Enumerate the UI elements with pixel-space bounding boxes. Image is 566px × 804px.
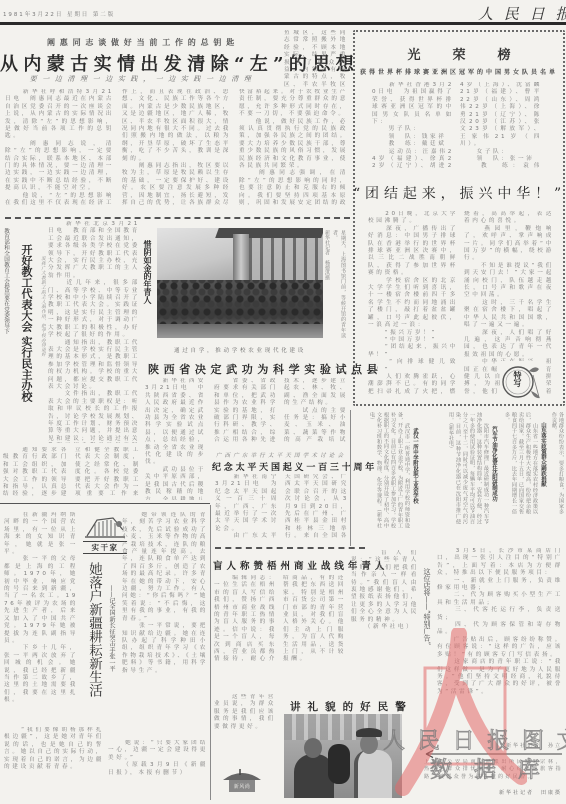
masthead: 人民日报 — [478, 3, 566, 24]
article-body: 她说：“只要大家团结一心，边疆一定会建设得更美好。” （原载3月9日《新疆日报》… — [108, 740, 208, 800]
article-body: “我们要像胡杨那样扎根边疆”，这是她对青年们说的话，也是她自己的誓言。她以自己的… — [4, 727, 104, 800]
photo-person-left-head — [304, 738, 322, 758]
brief-body: 沈阳市汽车修理厂最近研制成功一种汽车节油净化器。这种装置结构简单，安装方便，经过… — [421, 412, 489, 524]
doer-column-label: 实干家 — [83, 541, 127, 554]
doer-column-logo: 实干家 — [83, 516, 127, 554]
column-rule — [210, 505, 211, 800]
article-headline: 陕西省决定武功为科学实验试点县 — [148, 361, 348, 377]
article-body: 在新疆玛纳斯河畔的一个国营农场里，有一位从上海来的女知识青年，她就是张一平。 张… — [4, 512, 78, 725]
article-body-top: 鱼城区，这些同志常常照搬外地经验，不顾本地实际，结果严重损害了群众利益。内蒙古有… — [284, 30, 348, 88]
article-subhead: 要一边清理一边实践，一边实践一边清理 — [0, 74, 286, 84]
article-headline: 开好教工代表大会 实行民主办校 — [18, 244, 34, 444]
article-sidehead: 教育部和全国教育工会提出要在党委领导下 — [2, 228, 10, 358]
pagoda-roof-icon — [221, 768, 263, 794]
article-subhead: 发挥广大教职工的主人翁作用，把学校办得更好 — [38, 256, 46, 376]
brief-headline: 汽车节油净化器在沈阳研制成功 — [490, 426, 498, 516]
article-body-tail: 通知要求各级教育行政部门和工会组织，加强对教职工代表大会工作的领导和指导，认真总… — [3, 447, 141, 501]
photo-policeman-head — [360, 734, 378, 754]
article-body-right: 省委、省政府要求有关部门和单位，把武功县作为农业科学实验的基地，打破部门界限，实… — [214, 378, 348, 446]
article-body-left: 新华社西安3月21日电 中共陕西省委、省人民政府最近作出决定，确定武功县为全省农… — [145, 378, 206, 500]
brief-body: 山东省一些地方在落实农村经济政策以后，群众生产积极性大大提高，纷纷把余粮卖给国家… — [499, 412, 538, 514]
library-queue-photo — [157, 228, 323, 338]
article-body: 新华社呼和浩特3月21日电 阐惠同志最近在内蒙古自治区党委召开的一次座谈会上说，… — [5, 89, 348, 213]
photo-ground — [157, 324, 323, 338]
brief-headline: 山东落实政策群众踊跃捐献 — [539, 422, 547, 502]
honor-roll-body: 新华社香港3月20日电 为祖国赢得了荣誉、获得世界杯排球赛亚洲区冠军的中国男女队… — [372, 82, 542, 176]
article-headline: 她落户新疆耕耘新生活 — [86, 562, 104, 727]
photo-policeman-cap — [356, 728, 382, 737]
article-headline: 纪念太平天国起义一百三十周年 — [212, 460, 350, 473]
photo-policeman-body — [354, 750, 392, 798]
section-rule — [0, 503, 210, 504]
article-body: 新华社南宁3月21日电 为纪念太平天国起义一百三十周年，广西、广东最近举行了一次… — [215, 474, 349, 544]
article-kicker: 广西广东举行太平天国学术讨论会 — [212, 451, 350, 459]
photo-headline: 讲礼貌的好民警 — [290, 699, 408, 714]
article-body: 编辑同志：一位生活在梧州市的盲人写信给我们，赞扬广西梧州市商业战线的青年职工热情… — [214, 575, 346, 691]
civility-column-label: 新风尚 — [229, 783, 255, 790]
brief-body: 武汉市一所普通中学，利用学校的师资和设备，开办了职工业余学校，为附近工厂的青年职… — [353, 412, 410, 528]
column-rule — [350, 410, 351, 546]
brief-headline: 武汉一所中学附设职工业余学校 — [411, 428, 419, 512]
honor-roll-title: 光荣榜 — [353, 44, 565, 63]
article-body: 新华社北京3月21日电 教育部和全国教育工会最近联合发出通知，要求各级各类学校在… — [48, 221, 140, 443]
section-divider — [215, 547, 365, 549]
article-kicker: 阐惠同志谈做好当前工作的总钥匙 — [0, 37, 286, 48]
photo-roof — [215, 228, 323, 238]
honor-roll-subtitle: 获得世界杯排球赛亚洲区冠军的中国男女队员名单 — [353, 67, 565, 76]
feature-column-label: 特写 — [513, 371, 524, 387]
civility-column-logo: 新风尚 — [221, 768, 263, 794]
article-headline: 盲人称赞梧州商业战线年青人 — [213, 558, 349, 572]
section-divider — [5, 217, 350, 219]
photo-bicycle — [328, 744, 350, 784]
newspaper-page: 1981年3月22日 星期日 第二版 人民日报 阐惠同志谈做好当前工作的总钥匙 … — [0, 0, 566, 804]
photo-side-caption: 星期天，上海图书馆门前，等候开馆的青年读者。 新华社记者 杨德淇摄 — [325, 230, 347, 338]
photo-title: 惜阴如金的年青人 — [142, 240, 154, 326]
date-line: 1981年3月22日 星期日 第二版 — [3, 10, 115, 18]
photo-caption: 通过自学，推动学校农业现代化建设 — [157, 346, 323, 354]
unite-headline: “团结起来，振兴中华！” — [353, 183, 565, 203]
article-headline: 从内蒙古实情出发清除“左”的思想 — [0, 50, 286, 76]
fence-sketch-icon — [83, 516, 127, 540]
article-subhead: ——记全国新长征突击手张一平 — [106, 585, 116, 707]
watermark-text-line-1: 人民日报图文 — [383, 724, 566, 755]
feature-column-logo: 特写 — [500, 361, 542, 401]
article-body: 她带领连队的青年，刻苦学习农业科学技术，先后试验成功了小麦、玉米等作物的高产栽培… — [122, 512, 208, 738]
article-body: 这些青年营业员说，为群众服务是我们应该做的事情，我们要做得更好。 — [214, 694, 276, 764]
watermark-text-line-2: 数据库 — [430, 753, 562, 784]
header-rule — [0, 22, 566, 25]
brief-body-extra: 各地群众纷纷表示，要多打粮食，为国家多作贡献。 — [549, 412, 564, 514]
